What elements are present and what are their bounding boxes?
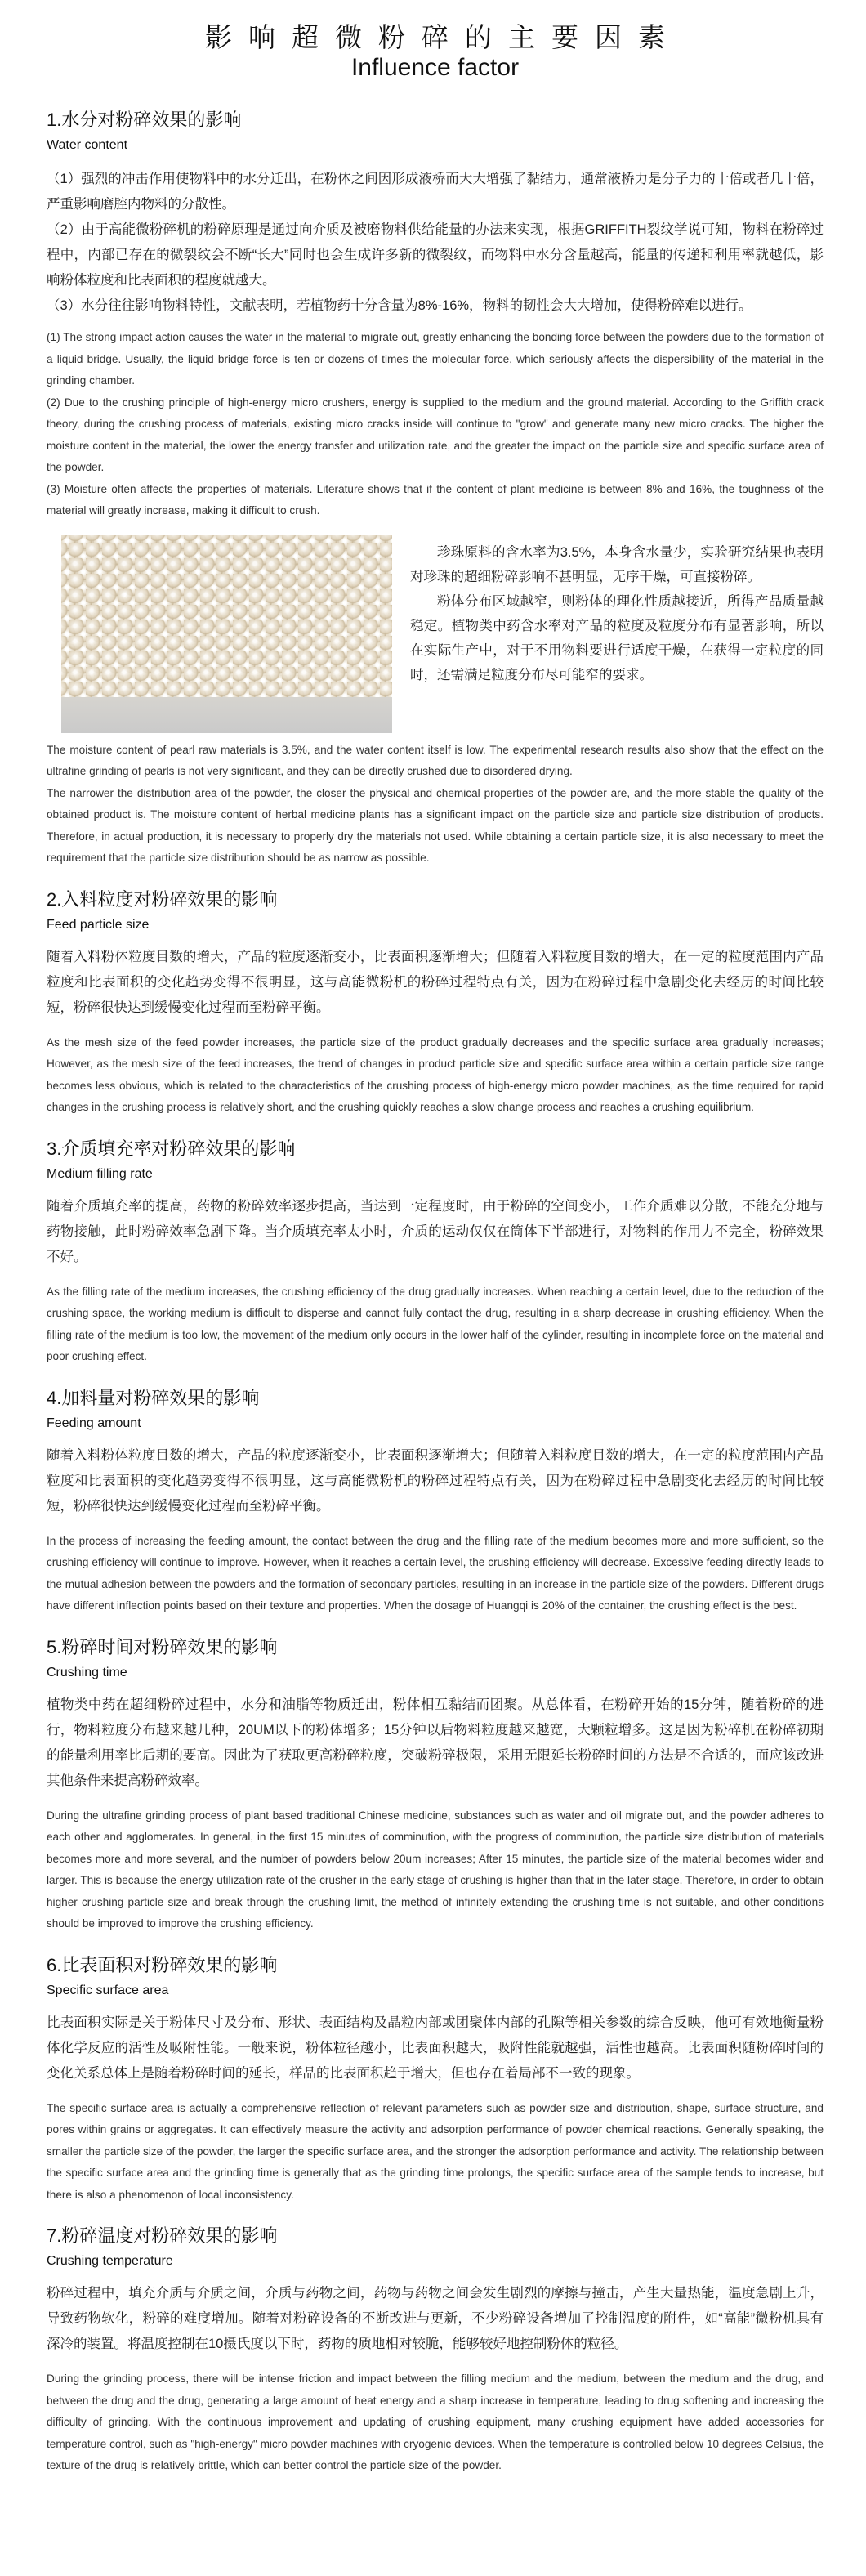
paragraph-en: During the grinding process, there will … (47, 2368, 824, 2477)
page-title-cn: 影响超微粉碎的主要因素 (47, 21, 824, 54)
section-body-en: During the grinding process, there will … (47, 2368, 824, 2477)
section-heading-cn: 7.粉碎温度对粉碎效果的影响 (47, 2224, 824, 2248)
paragraph-cn: 随着介质填充率的提高，药物的粉碎效率逐步提高，当达到一定程度时，由于粉碎的空间变… (47, 1194, 824, 1270)
section-heading-cn: 1.水分对粉碎效果的影响 (47, 108, 824, 132)
paragraph-cn: （2）由于高能微粉碎机的粉碎原理是通过向介质及被磨物料供给能量的办法来实现，根据… (47, 217, 824, 293)
title-block: 影响超微粉碎的主要因素 Influence factor (47, 0, 824, 82)
section-heading-en: Feeding amount (47, 1414, 824, 1433)
section-body-en: (1) The strong impact action causes the … (47, 327, 824, 522)
section-body-en: As the filling rate of the medium increa… (47, 1281, 824, 1368)
paragraph-cn: 植物类中药在超细粉碎过程中，水分和油脂等物质迁出，粉体相互黏结而团聚。从总体看，… (47, 1693, 824, 1794)
section-heading-en: Crushing time (47, 1663, 824, 1683)
section-heading-en: Feed particle size (47, 915, 824, 935)
pearl-side-text: 珍珠原料的含水率为3.5%，本身含水量少，实验研究结果也表明对珍珠的超细粉碎影响… (410, 535, 824, 733)
section-medium-filling-rate: 3.介质填充率对粉碎效果的影响 Medium filling rate 随着介质… (47, 1137, 824, 1368)
section-body-en: In the process of increasing the feeding… (47, 1531, 824, 1617)
section-heading-en: Medium filling rate (47, 1165, 824, 1184)
section-body-cn: （1）强烈的冲击作用使物料中的水分迁出，在粉体之间因形成液桥而大大增强了黏结力，… (47, 167, 824, 319)
section-heading-en: Specific surface area (47, 1981, 824, 2001)
section-body-en-after-image: The moisture content of pearl raw materi… (47, 740, 824, 870)
paragraph-cn: 随着入料粉体粒度目数的增大，产品的粒度逐渐变小，比表面积逐渐增大；但随着入料粒度… (47, 945, 824, 1021)
paragraph-en: As the filling rate of the medium increa… (47, 1281, 824, 1368)
section-heading-cn: 4.加料量对粉碎效果的影响 (47, 1386, 824, 1411)
section-water-content: 1.水分对粉碎效果的影响 Water content （1）强烈的冲击作用使物料… (47, 108, 824, 870)
paragraph-en: (2) Due to the crushing principle of hig… (47, 392, 824, 479)
section-body-en: During the ultrafine grinding process of… (47, 1805, 824, 1935)
paragraph-cn: 随着入料粉体粒度目数的增大，产品的粒度逐渐变小，比表面积逐渐增大；但随着入料粒度… (47, 1443, 824, 1519)
section-feeding-amount: 4.加料量对粉碎效果的影响 Feeding amount 随着入料粉体粒度目数的… (47, 1386, 824, 1617)
paragraph-en: (3) Moisture often affects the propertie… (47, 479, 824, 522)
paragraph-cn: 粉碎过程中，填充介质与介质之间，介质与药物之间，药物与药物之间会发生剧烈的摩擦与… (47, 2281, 824, 2357)
paragraph-cn: （3）水分往往影响物料特性，文献表明，若植物药十分含量为8%-16%，物料的韧性… (47, 293, 824, 319)
section-crushing-time: 5.粉碎时间对粉碎效果的影响 Crushing time 植物类中药在超细粉碎过… (47, 1635, 824, 1935)
section-body-cn: 随着介质填充率的提高，药物的粉碎效率逐步提高，当达到一定程度时，由于粉碎的空间变… (47, 1194, 824, 1270)
section-heading-cn: 3.介质填充率对粉碎效果的影响 (47, 1137, 824, 1161)
section-heading-cn: 2.入料粒度对粉碎效果的影响 (47, 888, 824, 912)
section-specific-surface-area: 6.比表面积对粉碎效果的影响 Specific surface area 比表面… (47, 1953, 824, 2207)
section-heading-en: Crushing temperature (47, 2252, 824, 2271)
paragraph-en: (1) The strong impact action causes the … (47, 327, 824, 392)
section-body-en: As the mesh size of the feed powder incr… (47, 1032, 824, 1119)
paragraph-cn: （1）强烈的冲击作用使物料中的水分迁出，在粉体之间因形成液桥而大大增强了黏结力，… (47, 167, 824, 217)
section-body-cn: 随着入料粉体粒度目数的增大，产品的粒度逐渐变小，比表面积逐渐增大；但随着入料粒度… (47, 945, 824, 1021)
paragraph-cn: 珍珠原料的含水率为3.5%，本身含水量少，实验研究结果也表明对珍珠的超细粉碎影响… (410, 540, 824, 589)
paragraph-en: The narrower the distribution area of th… (47, 783, 824, 870)
pearls-texture-offset (61, 535, 392, 697)
document-page: 影响超微粉碎的主要因素 Influence factor 1.水分对粉碎效果的影… (0, 0, 866, 2477)
section-body-cn: 植物类中药在超细粉碎过程中，水分和油脂等物质迁出，粉体相互黏结而团聚。从总体看，… (47, 1693, 824, 1794)
section-body-cn: 粉碎过程中，填充介质与介质之间，介质与药物之间，药物与药物之间会发生剧烈的摩擦与… (47, 2281, 824, 2357)
section-heading-cn: 5.粉碎时间对粉碎效果的影响 (47, 1635, 824, 1660)
paragraph-en: The moisture content of pearl raw materi… (47, 740, 824, 783)
section-feed-particle-size: 2.入料粒度对粉碎效果的影响 Feed particle size 随着入料粉体… (47, 888, 824, 1119)
section-body-cn: 比表面积实际是关于粉体尺寸及分布、形状、表面结构及晶粒内部或团聚体内部的孔隙等相… (47, 2010, 824, 2086)
pearls-photo (61, 535, 392, 733)
pearl-feature-row: 珍珠原料的含水率为3.5%，本身含水量少，实验研究结果也表明对珍珠的超细粉碎影响… (61, 535, 824, 733)
paragraph-cn: 比表面积实际是关于粉体尺寸及分布、形状、表面结构及晶粒内部或团聚体内部的孔隙等相… (47, 2010, 824, 2086)
paragraph-cn: 粉体分布区域越窄，则粉体的理化性质越接近，所得产品质量越稳定。植物类中药含水率对… (410, 589, 824, 687)
section-body-cn: 随着入料粉体粒度目数的增大，产品的粒度逐渐变小，比表面积逐渐增大；但随着入料粒度… (47, 1443, 824, 1519)
section-body-en: The specific surface area is actually a … (47, 2098, 824, 2207)
paragraph-en: The specific surface area is actually a … (47, 2098, 824, 2207)
section-heading-cn: 6.比表面积对粉碎效果的影响 (47, 1953, 824, 1978)
paragraph-en: As the mesh size of the feed powder incr… (47, 1032, 824, 1119)
paragraph-en: During the ultrafine grinding process of… (47, 1805, 824, 1935)
paragraph-en: In the process of increasing the feeding… (47, 1531, 824, 1617)
photo-surface (61, 697, 392, 733)
section-crushing-temperature: 7.粉碎温度对粉碎效果的影响 Crushing temperature 粉碎过程… (47, 2224, 824, 2477)
section-heading-en: Water content (47, 136, 824, 155)
page-title-en: Influence factor (47, 54, 824, 82)
